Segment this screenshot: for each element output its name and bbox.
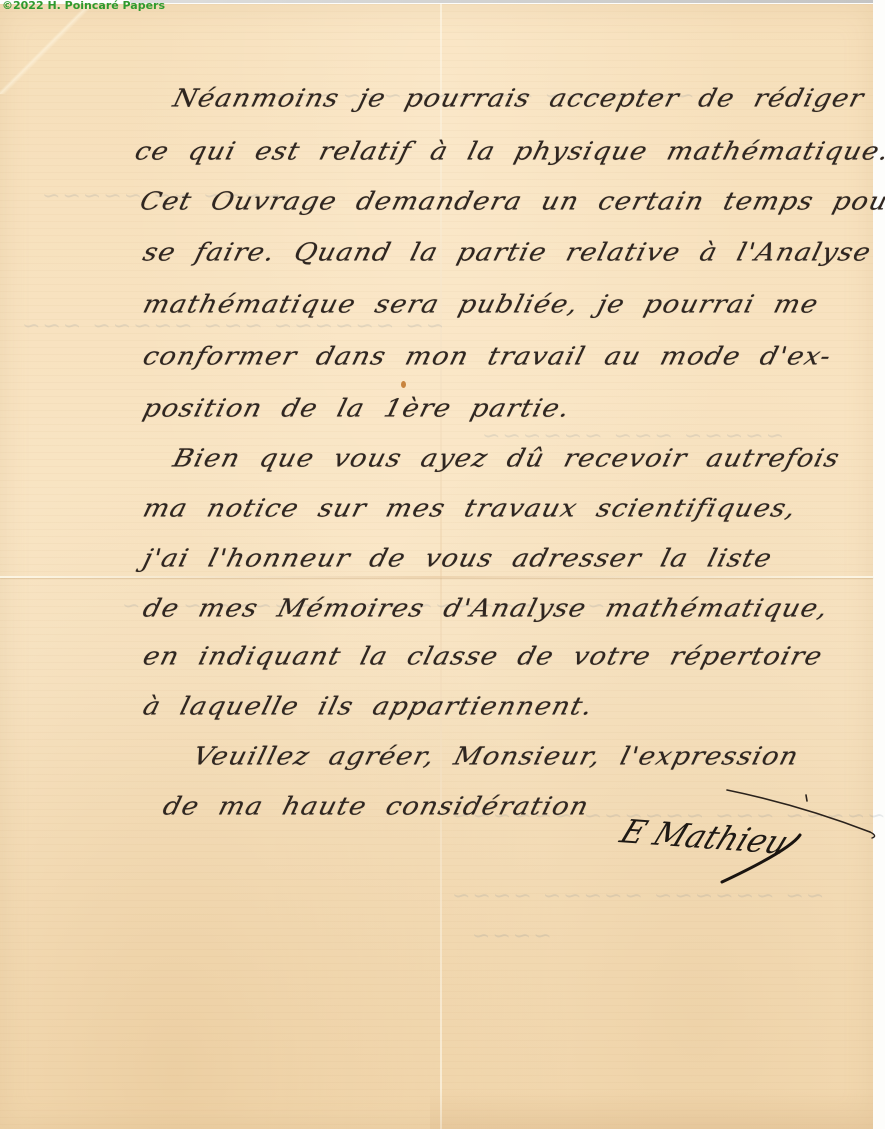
letter-line-7: position de la 1ère partie. [140,394,573,423]
copyright-watermark: ©2022 H. Poincaré Papers [2,0,165,12]
letter-line-9: ma notice sur mes travaux scientifiques, [140,494,800,523]
paper-top-edge [130,0,873,3]
letter-line-10: j'ai l'honneur de vous adresser la liste [140,544,775,573]
letter-line-11: de mes Mémoires d'Analyse mathématique, [140,594,832,623]
paper-stain [430,1089,873,1129]
letter-line-12: en indiquant la classe de votre répertoi… [140,642,826,671]
ink-spot [401,381,406,388]
bleed-through: ~~~~ [470,924,552,949]
corner-crease [0,4,90,94]
letter-line-6: conformer dans mon travail au mode d'ex- [140,342,835,371]
signature-flourish [700,760,885,900]
letter-line-3: Cet Ouvrage demandera un certain temps p… [137,187,885,216]
letter-line-5: mathématique sera publiée, je pourrai me [140,290,822,319]
letter-line-4: se faire. Quand la partie relative à l'A… [140,238,874,267]
letter-line-1: Néanmoins je pourrais accepter de rédige… [170,84,867,113]
letter-line-13: à laquelle ils appartiennent. [140,692,596,721]
letter-line-2: ce qui est relatif à la physique mathéma… [132,137,885,166]
letter-line-15: de ma haute considération [160,792,592,821]
horizontal-fold [0,576,873,578]
letter-line-8: Bien que vous ayez dû recevoir autrefois [170,444,843,473]
